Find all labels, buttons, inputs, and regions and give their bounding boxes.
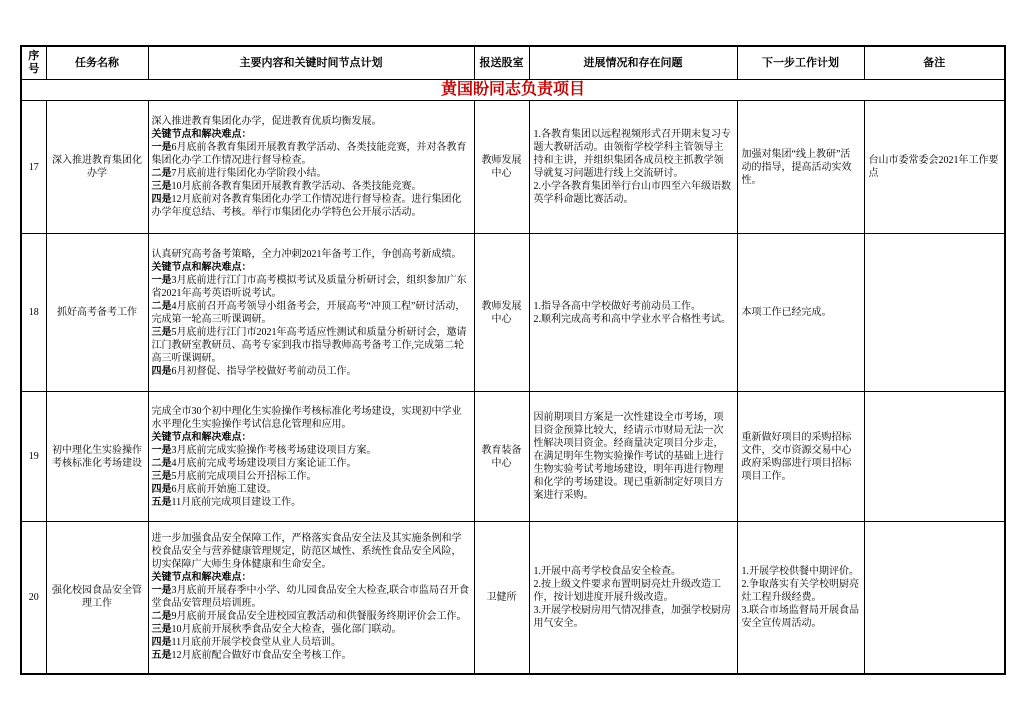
column-header-task: 任务名称	[46, 46, 148, 80]
next-plan-cell: 加强对集团“线上教研”活动的指导，提高活动实效性。	[737, 101, 864, 234]
department-cell: 教师发展中心	[474, 234, 529, 392]
content-paragraph: 关键节点和解决难点：	[152, 431, 471, 444]
progress-cell: 1.开展中高考学校食品安全检查。 2.按上级文件要求布置明厨亮灶升级改造工作，按…	[529, 522, 737, 674]
content-paragraph: 三是5月底前进行江门市2021年高考适应性测试和质量分析研讨会，邀请江门教研室教…	[152, 326, 471, 365]
content-paragraph: 三是5月底前完成项目公开招标工作。	[152, 470, 471, 483]
serial-cell: 20	[21, 522, 46, 674]
column-header-remark: 备注	[864, 46, 1005, 80]
document-page: 序号 任务名称 主要内容和关键时间节点计划 报送股室 进展情况和存在问题 下一步…	[20, 45, 1004, 675]
content-cell: 深入推进教育集团化办学，促进教育优质均衡发展。关键节点和解决难点：一是6月底前各…	[148, 101, 474, 234]
remark-cell	[864, 522, 1005, 674]
content-paragraph: 五是11月底前完成项目建设工作。	[152, 496, 471, 509]
table-row: 18抓好高考备考工作认真研究高考备考策略，全力冲刺2021年备考工作，争创高考新…	[21, 234, 1005, 392]
remark-cell: 台山市委常委会2021年工作要点	[864, 101, 1005, 234]
serial-cell: 17	[21, 101, 46, 234]
content-paragraph: 进一步加强食品安全保障工作，严格落实食品安全法及其实施条例和学校食品安全与营养健…	[152, 532, 471, 571]
serial-cell: 19	[21, 392, 46, 522]
task-cell: 初中理化生实验操作考核标准化考场建设	[46, 392, 148, 522]
content-paragraph: 四是6月底前开始施工建设。	[152, 483, 471, 496]
content-paragraph: 二是4月底前完成考场建设项目方案论证工作。	[152, 457, 471, 470]
table-row: 17深入推进教育集团化办学深入推进教育集团化办学，促进教育优质均衡发展。关键节点…	[21, 101, 1005, 234]
content-cell: 进一步加强食品安全保障工作，严格落实食品安全法及其实施条例和学校食品安全与营养健…	[148, 522, 474, 674]
section-banner-row: 黄国盼同志负责项目	[21, 80, 1005, 101]
content-cell: 完成全市30个初中理化生实验操作考核标准化考场建设，实现初中学业水平理化生实验操…	[148, 392, 474, 522]
table-row: 20强化校园食品安全管理工作进一步加强食品安全保障工作，严格落实食品安全法及其实…	[21, 522, 1005, 674]
content-paragraph: 一是3月底前进行江门市高考模拟考试及质量分析研讨会，组织参加广东省2021年高考…	[152, 274, 471, 300]
content-paragraph: 关键节点和解决难点：	[152, 571, 471, 584]
content-paragraph: 一是3月底前开展春季中小学、幼儿园食品安全大检查,联合市监局召开食堂食品安管理员…	[152, 584, 471, 610]
content-paragraph: 一是3月底前完成实验操作考核考场建设项目方案。	[152, 444, 471, 457]
column-header-content: 主要内容和关键时间节点计划	[148, 46, 474, 80]
task-cell: 深入推进教育集团化办学	[46, 101, 148, 234]
content-paragraph: 四是11月底前开展学校食堂从业人员培训。	[152, 636, 471, 649]
content-paragraph: 五是12月底前配合做好市食品安全考核工作。	[152, 649, 471, 662]
remark-cell	[864, 392, 1005, 522]
content-paragraph: 一是6月底前各教育集团开展教育教学活动、各类技能竞赛，并对各教育集团化办学工作情…	[152, 141, 471, 167]
content-paragraph: 关键节点和解决难点：	[152, 261, 471, 274]
content-paragraph: 三是10月底前开展秋季食品安全大检查，强化部门联动。	[152, 623, 471, 636]
remark-cell	[864, 234, 1005, 392]
column-header-next-plan: 下一步工作计划	[737, 46, 864, 80]
section-banner-title: 黄国盼同志负责项目	[21, 80, 1005, 101]
next-plan-cell: 1.开展学校供餐中期评价。 2.争取落实有关学校明厨亮灶工程升级经费。 3.联合…	[737, 522, 864, 674]
table-row: 19初中理化生实验操作考核标准化考场建设完成全市30个初中理化生实验操作考核标准…	[21, 392, 1005, 522]
content-cell: 认真研究高考备考策略，全力冲刺2021年备考工作，争创高考新成绩。关键节点和解决…	[148, 234, 474, 392]
serial-cell: 18	[21, 234, 46, 392]
content-paragraph: 二是4月底前召开高考领导小组备考会，开展高考“冲顶工程”研讨活动，完成第一轮高三…	[152, 300, 471, 326]
content-paragraph: 关键节点和解决难点：	[152, 128, 471, 141]
task-cell: 强化校园食品安全管理工作	[46, 522, 148, 674]
progress-cell: 1.指导各高中学校做好考前动员工作。 2.顺利完成高考和高中学业水平合格性考试。	[529, 234, 737, 392]
content-paragraph: 四是12月底前对各教育集团化办学工作情况进行督导检查。进行集团化办学年度总结、考…	[152, 193, 471, 219]
content-paragraph: 完成全市30个初中理化生实验操作考核标准化考场建设，实现初中学业水平理化生实验操…	[152, 405, 471, 431]
department-cell: 教师发展中心	[474, 101, 529, 234]
content-paragraph: 四是6月初督促、指导学校做好考前动员工作。	[152, 365, 471, 378]
content-paragraph: 二是7月底前进行集团化办学阶段小结。	[152, 167, 471, 180]
next-plan-cell: 重新做好项目的采购招标文件，交市资源交易中心政府采购部进行项目招标项目工作。	[737, 392, 864, 522]
progress-cell: 1.各教育集团以远程视频形式召开期末复习专题大教研活动。由领衔学校学科主管领导主…	[529, 101, 737, 234]
next-plan-cell: 本项工作已经完成。	[737, 234, 864, 392]
progress-cell: 因前期项目方案是一次性建设全市考场，项目资金预算比较大，经请示市财局无法一次性解…	[529, 392, 737, 522]
table-header-row: 序号 任务名称 主要内容和关键时间节点计划 报送股室 进展情况和存在问题 下一步…	[21, 46, 1005, 80]
column-header-progress: 进展情况和存在问题	[529, 46, 737, 80]
department-cell: 教育装备中心	[474, 392, 529, 522]
content-paragraph: 深入推进教育集团化办学，促进教育优质均衡发展。	[152, 115, 471, 128]
department-cell: 卫健所	[474, 522, 529, 674]
content-paragraph: 二是9月底前开展食品安全进校园宣教活动和供餐服务终期评价会工作。	[152, 610, 471, 623]
task-cell: 抓好高考备考工作	[46, 234, 148, 392]
work-plan-table: 序号 任务名称 主要内容和关键时间节点计划 报送股室 进展情况和存在问题 下一步…	[20, 45, 1006, 675]
column-header-serial: 序号	[21, 46, 46, 80]
content-paragraph: 认真研究高考备考策略，全力冲刺2021年备考工作，争创高考新成绩。	[152, 248, 471, 261]
content-paragraph: 三是10月底前各教育集团开展教育教学活动、各类技能竞赛。	[152, 180, 471, 193]
column-header-department: 报送股室	[474, 46, 529, 80]
